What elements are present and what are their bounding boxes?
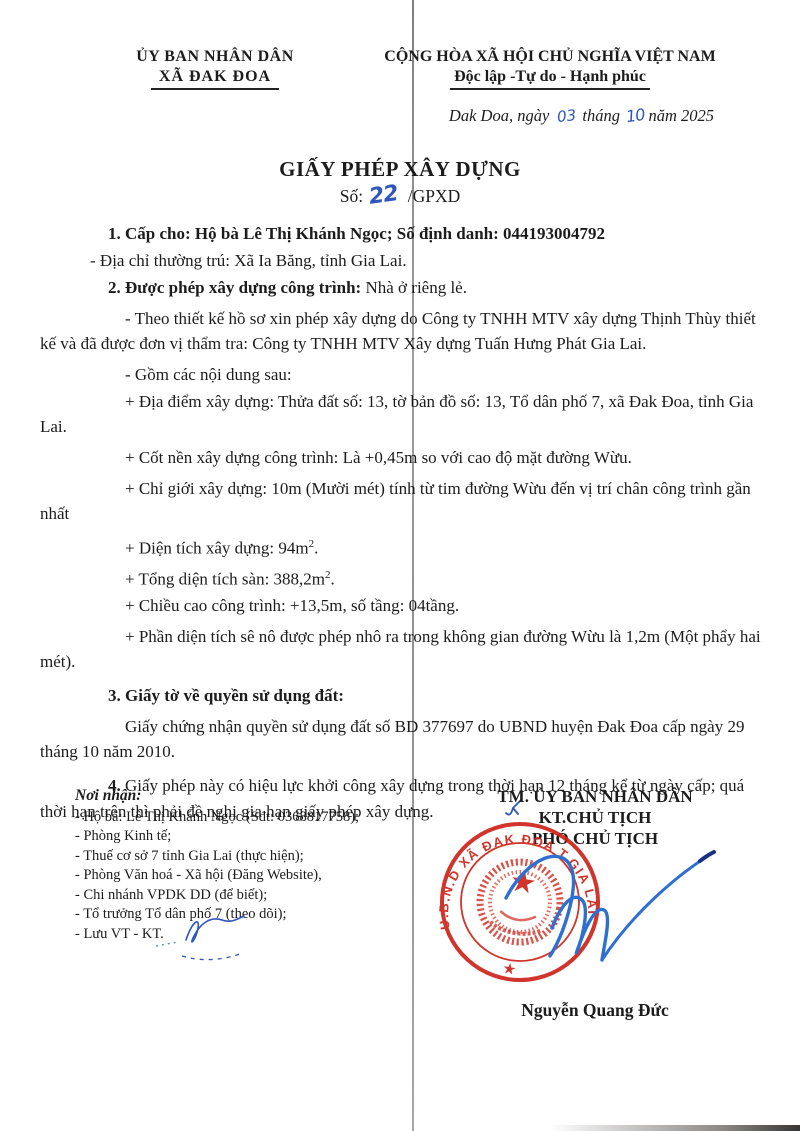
dateline-mid: tháng [582,106,620,125]
scanned-document-page: ỦY BAN NHÂN DÂN XÃ ĐAK ĐOA CỘNG HÒA XÃ H… [0,0,800,1131]
section-2-label: 2. Được phép xây dựng công trình: [108,278,361,297]
handwritten-day: 03 [556,106,577,126]
section-2-heading: 2. Được phép xây dựng công trình: Nhà ở … [40,275,764,300]
section-3-heading: 3. Giấy tờ về quyền sử dụng đất: [40,683,764,708]
republic-motto-line1: CỘNG HÒA XÃ HỘI CHỦ NGHĨA VIỆT NAM [338,48,762,66]
scan-edge-smudge [550,1125,800,1131]
design-paragraph: - Theo thiết kế hồ sơ xin phép xây dựng … [40,306,764,356]
recipient-item: - Phòng Văn hoá - Xã hội (Đăng Website), [75,866,405,886]
floor-area-text: + Tổng diện tích sàn: 388,2m [125,569,325,588]
document-number-suffix: /GPXD [408,186,461,206]
height-item: + Chiều cao công trình: +13,5m, số tầng:… [40,593,764,618]
ground-level-item: + Cốt nền xây dựng công trình: Là +0,45m… [40,445,764,470]
issuer-line2: XÃ ĐAK ĐOA [151,67,279,90]
build-area-tail: . [314,539,318,558]
document-number-line: Số:22/GPXD [0,183,800,208]
handwritten-month: 10 [625,105,646,126]
recipient-item: - Thuế cơ sở 7 tỉnh Gia Lai (thực hiện); [75,847,405,867]
address-line: - Địa chỉ thường trú: Xã Ia Băng, tỉnh G… [40,248,764,273]
handwritten-document-number: 22 [368,181,400,210]
floor-area-tail: . [331,569,335,588]
seno-item: + Phần diện tích sê nô được phép nhô ra … [40,624,764,674]
official-signature [492,842,724,992]
section-2-value: Nhà ở riêng lẻ. [361,278,467,297]
dateline-suffix: năm 2025 [648,106,714,125]
republic-motto-line2: Độc lập -Tự do - Hạnh phúc [450,67,650,90]
signature-title-line1: TM. ỦY BAN NHÂN DÂN [420,786,770,807]
build-area-item: + Diện tích xây dựng: 94m2. [40,532,764,561]
clerk-initials-scribble [148,912,288,967]
dateline: Dak Doa, ngày03tháng10 năm 2025 [449,106,714,126]
recipient-item: - Chi nhánh VPDK DD (để biết); [75,886,405,906]
issuer-header: ỦY BAN NHÂN DÂN XÃ ĐAK ĐOA [95,48,335,90]
dateline-prefix: Dak Doa, ngày [449,106,549,125]
location-item: + Địa điểm xây dựng: Thửa đất số: 13, tờ… [40,389,764,439]
boundary-item: + Chỉ giới xây dựng: 10m (Mười mét) tính… [40,476,764,526]
document-body: 1. Cấp cho: Hộ bà Lê Thị Khánh Ngọc; Số … [40,219,764,827]
contents-intro: - Gồm các nội dung sau: [40,362,764,387]
land-certificate-paragraph: Giấy chứng nhận quyền sử dụng đất số BD … [40,714,764,764]
build-area-text: + Diện tích xây dựng: 94m [125,539,309,558]
issuer-line1: ỦY BAN NHÂN DÂN [95,48,335,66]
floor-area-item: + Tổng diện tích sàn: 388,2m2. [40,563,764,592]
recipient-item: - Hộ bà: Lê Thị Khánh Ngọc (Sđt: 0368817… [75,808,405,828]
document-title: GIẤY PHÉP XÂY DỰNG [0,157,800,182]
section-1-heading: 1. Cấp cho: Hộ bà Lê Thị Khánh Ngọc; Số … [40,221,764,246]
document-number-label: Số: [340,186,363,206]
recipients-title: Nơi nhận: [75,786,405,806]
recipient-item: - Phòng Kinh tế; [75,827,405,847]
signer-name: Nguyễn Quang Đức [420,1000,770,1021]
republic-header: CỘNG HÒA XÃ HỘI CHỦ NGHĨA VIỆT NAM Độc l… [338,48,762,90]
